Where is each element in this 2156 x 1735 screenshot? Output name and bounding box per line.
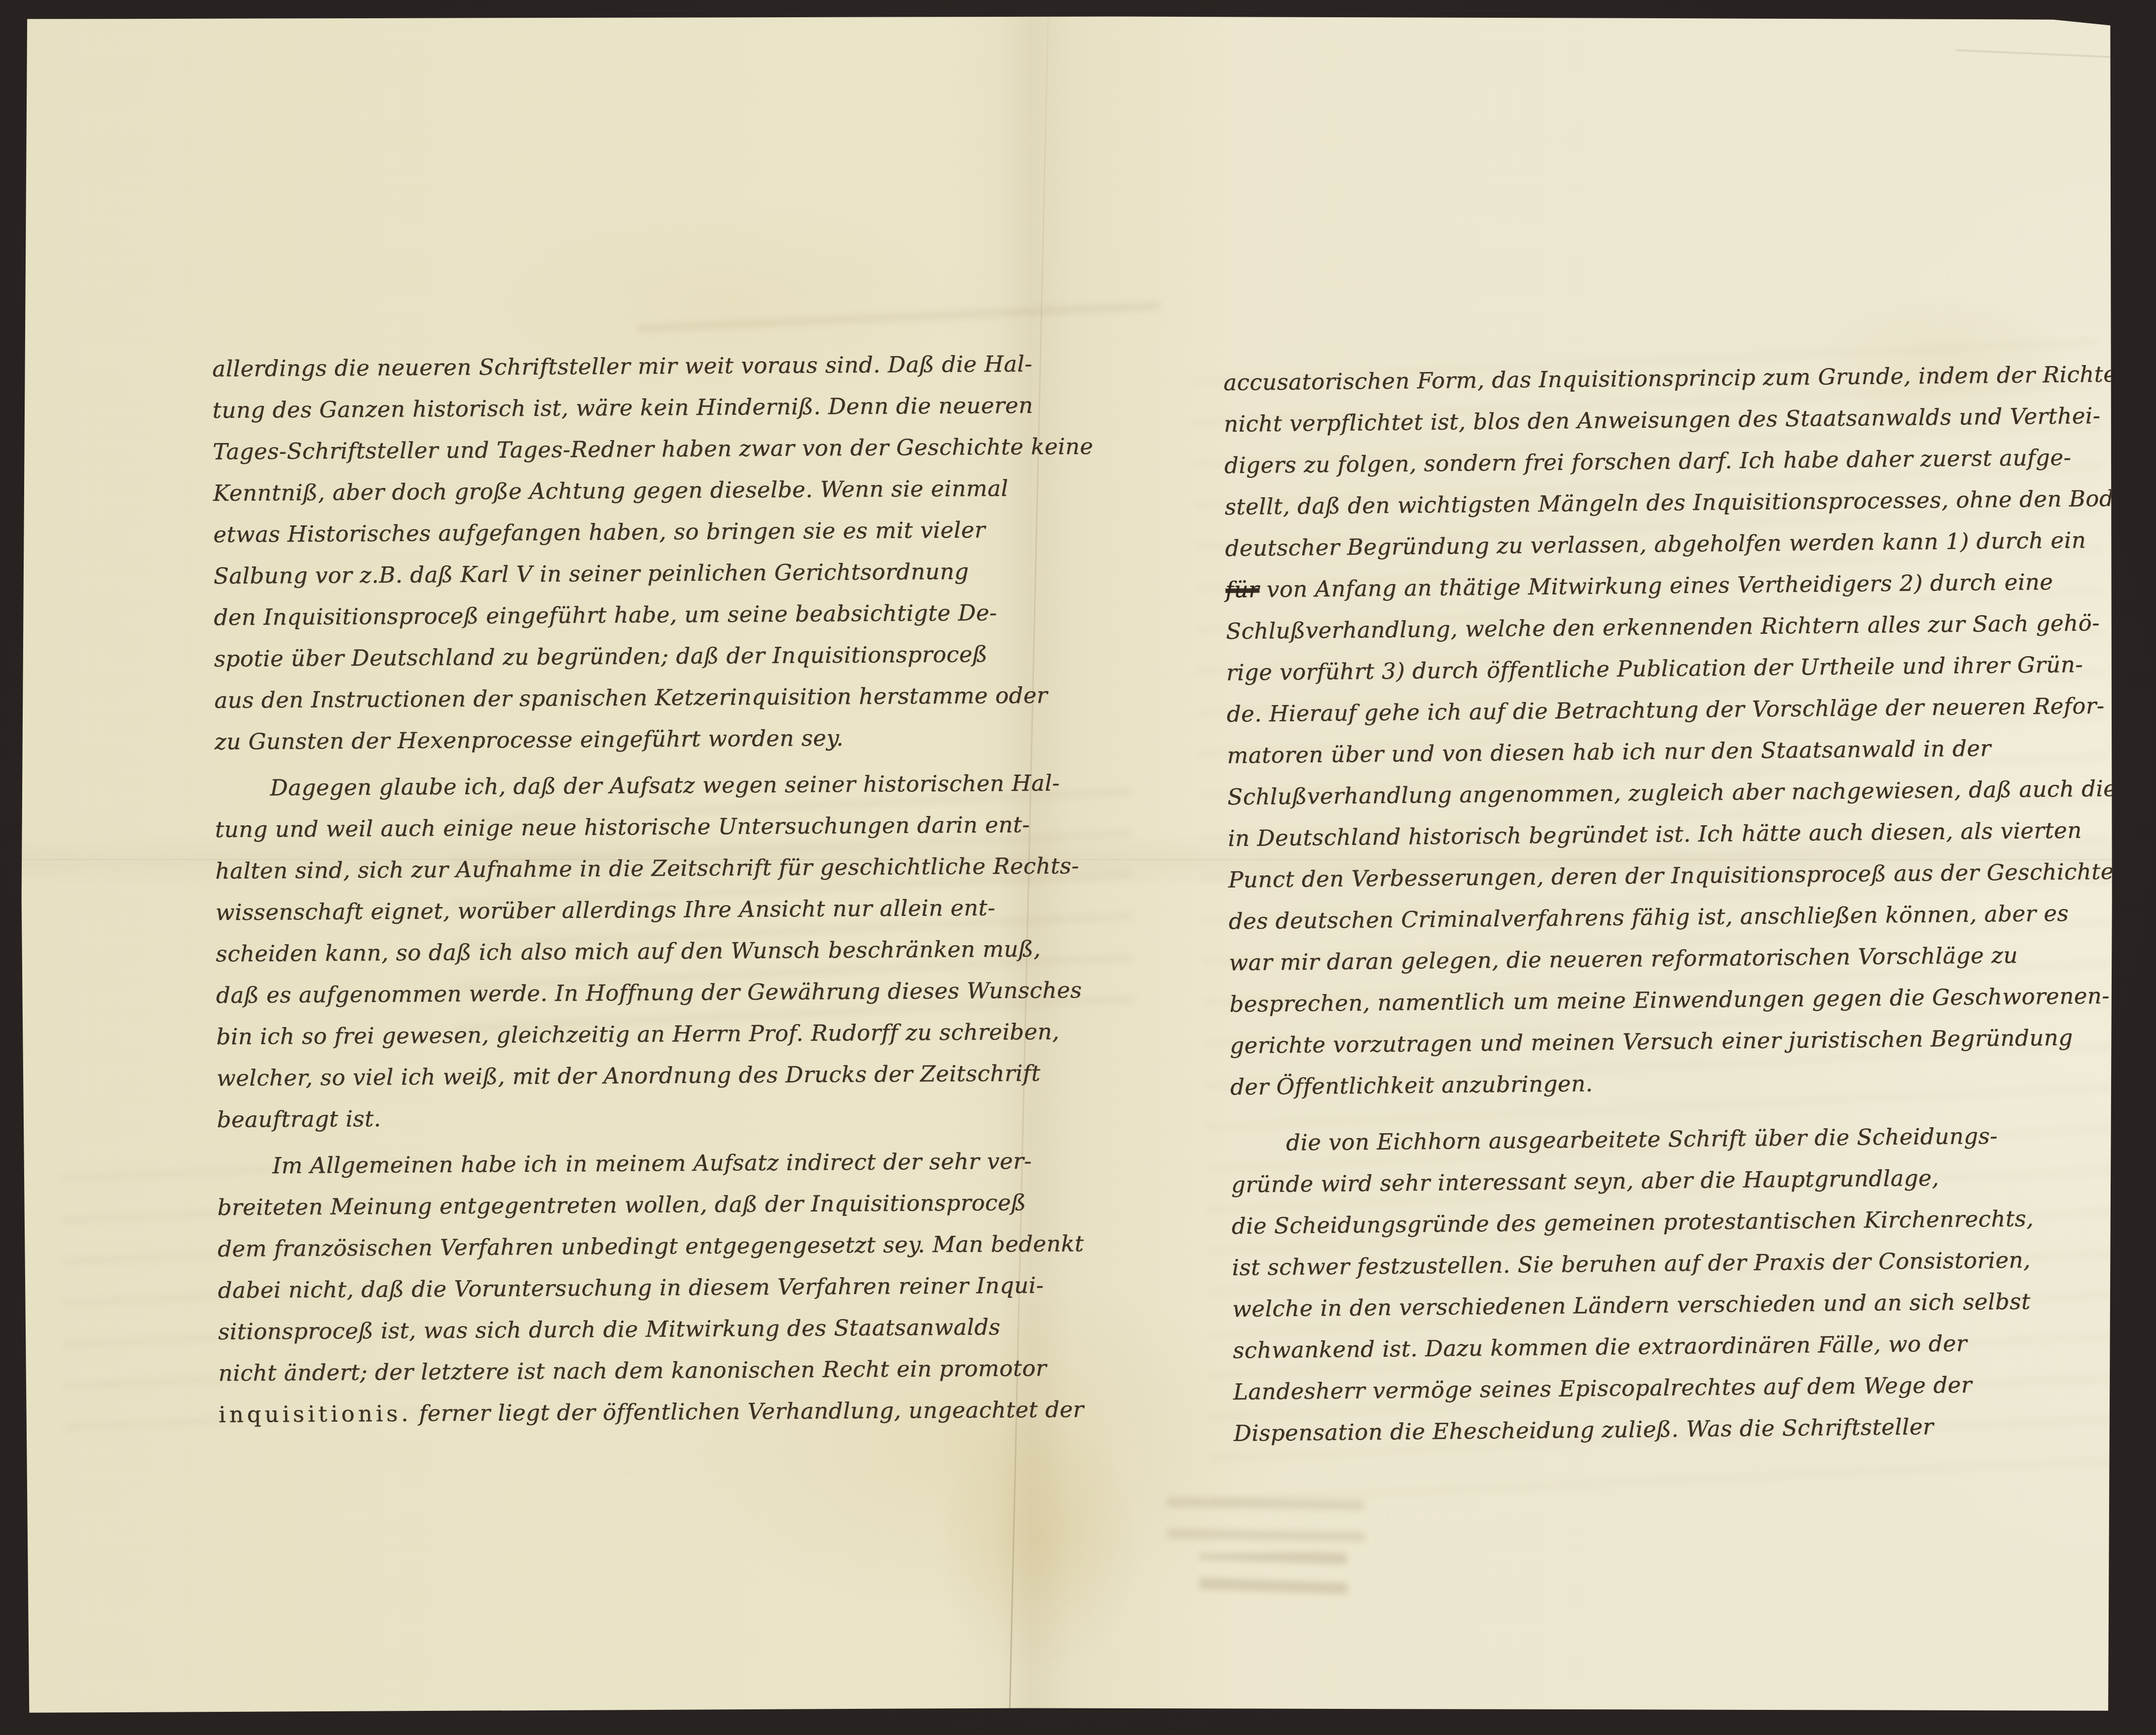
letter-sheet: allerdings die neueren Schriftsteller mi… [18, 15, 2114, 1716]
handwritten-line: Salbung vor z.B. daß Karl V in seiner pe… [214, 550, 1153, 597]
handwritten-line: bin ich so frei gewesen, gleichzeitig an… [216, 1010, 1156, 1058]
latin-script-word: inquisitionis. [219, 1401, 412, 1428]
ghost-signature-bleed [1167, 1493, 1365, 1551]
corner-crease [1956, 50, 2119, 58]
handwritten-line: den Inquisitionsproceß eingeführt habe, … [214, 591, 1153, 638]
handwritten-line: beauftragt ist. [217, 1093, 1156, 1141]
handwritten-line: scheiden kann, so daß ich also mich auf … [216, 927, 1155, 975]
handwritten-line: sitionsproceß ist, was sich durch die Mi… [218, 1305, 1158, 1353]
handwritten-line: welcher, so viel ich weiß, mit der Anord… [217, 1052, 1156, 1099]
paper-stain [935, 1416, 1142, 1672]
handwritten-line: wissenschaft eignet, worüber allerdings … [216, 886, 1155, 933]
handwritten-line: breiteten Meinung entgegentreten wollen,… [217, 1181, 1157, 1228]
handwritten-line: der Öffentlichkeit anzubringen. [1230, 1058, 2156, 1108]
handwritten-line: inquisitionis. ferner liegt der öffentli… [219, 1388, 1158, 1436]
handwritten-line: Dagegen glaube ich, daß der Aufsatz wege… [270, 762, 1154, 809]
ghost-signature-bleed [1199, 1551, 1348, 1598]
handwritten-line: daß es aufgenommen werde. In Hoffnung de… [216, 969, 1156, 1016]
handwritten-line: tung und weil auch einige neue historisc… [215, 803, 1155, 850]
handwritten-line: Im Allgemeinen habe ich in meinem Aufsat… [272, 1140, 1157, 1186]
left-page-text-block: allerdings die neueren Schriftsteller mi… [212, 342, 1158, 1436]
crossed-out-word: für [1225, 576, 1259, 603]
handwritten-line: aus den Instructionen der spanischen Ket… [214, 674, 1154, 721]
handwritten-line: spotie über Deutschland zu begründen; da… [214, 632, 1154, 680]
handwritten-line: Tages-Schriftsteller und Tages-Redner ha… [213, 425, 1152, 473]
handwritten-line: dem französischen Verfahren unbedingt en… [218, 1222, 1157, 1270]
handwritten-line: allerdings die neueren Schriftsteller mi… [212, 342, 1152, 390]
handwritten-line: Dispensation die Ehescheidung zuließ. Wa… [1233, 1404, 2156, 1454]
ink-bleed-through [636, 283, 1160, 341]
handwritten-line: zu Gunsten der Hexenprocesse eingeführt … [215, 715, 1154, 763]
manuscript-scan-screenshot: { "document": { "kind": "handwritten let… [0, 0, 2156, 1735]
handwritten-line: tung des Ganzen historisch ist, wäre kei… [213, 384, 1152, 431]
handwritten-line: halten sind, sich zur Aufnahme in die Ze… [215, 845, 1155, 892]
handwritten-line: welche in den verschiedenen Ländern vers… [1232, 1280, 2156, 1330]
right-page-text-block: accusatorischen Form, das Inquisitionspr… [1223, 353, 2156, 1454]
handwritten-line: Kenntniß, aber doch große Achtung gegen … [213, 467, 1153, 514]
handwritten-line: dabei nicht, daß die Voruntersuchung in … [218, 1264, 1157, 1311]
handwritten-line: nicht ändert; der letztere ist nach dem … [218, 1347, 1158, 1394]
handwritten-line: etwas Historisches aufgefangen haben, so… [213, 508, 1153, 555]
